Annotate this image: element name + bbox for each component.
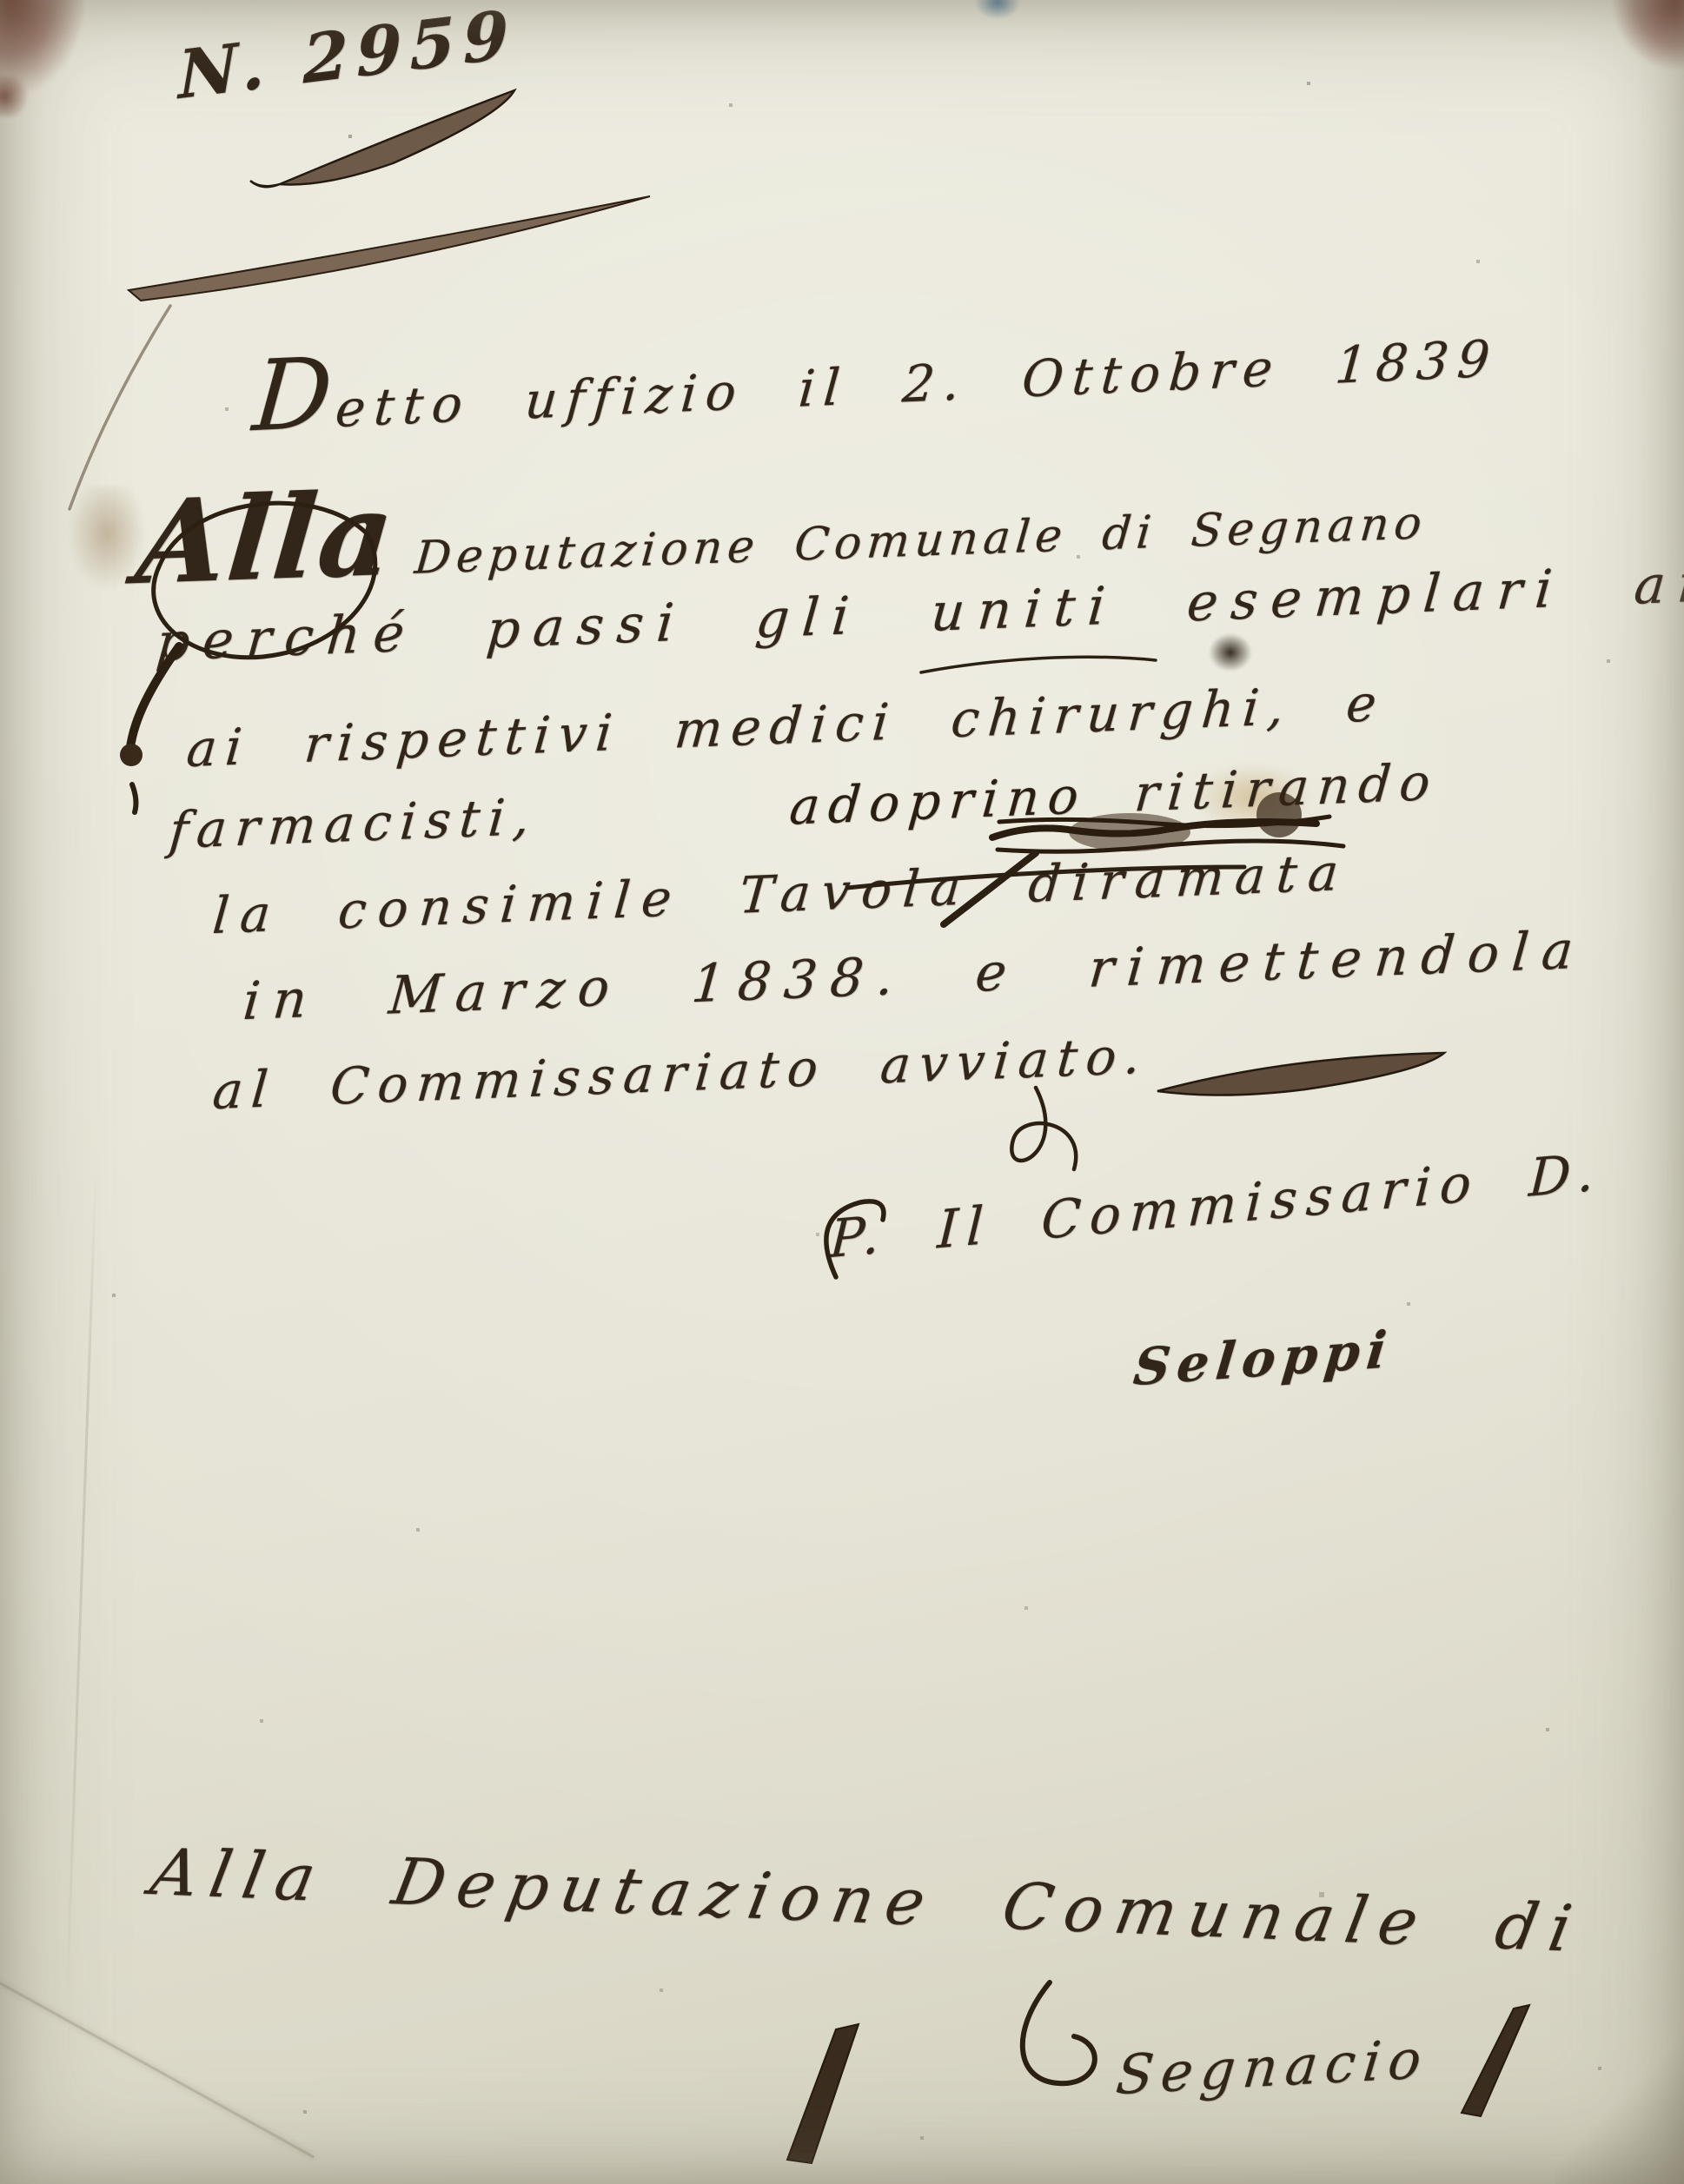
address-line: Alla Deputazione Comunale di [145,1835,1589,1967]
address-slash-left [787,2024,859,2163]
body-line-5: in Marzo 1838. e rimettendola [241,920,1588,1033]
signature-role: P. Il Commissario D. [828,1142,1604,1270]
corner-stain-top-right [1613,0,1684,69]
flourish-comunale-c [1023,1982,1095,2083]
blue-ink-mark [975,0,1020,19]
flourish-long-sweep [129,196,650,301]
flourish-under-number [250,90,514,187]
body-line-4: la consimile Tavola diramata [210,843,1352,946]
salutation-initial-word: Alla [131,467,401,611]
closing-dash [1157,1053,1444,1095]
paper-speckles [0,0,2,2]
paper-crease-left [65,1164,97,2015]
manuscript-page: N. 2959 Detto uffizio il 2. Ottobre 1839… [0,0,1684,2184]
address-slash-right [1462,2005,1529,2116]
registration-number: N. 2959 [177,0,517,114]
dateline: Detto uffizio il 2. Ottobre 1839 [249,286,1504,453]
dateline-text: etto uffizio il 2. Ottobre 1839 [334,328,1501,439]
corner-stain-top-left-small [0,76,33,116]
ink-blot [1208,632,1253,672]
flourish-1838-loop [1011,1088,1076,1169]
body-line-3-start: farmacisti, [167,787,540,861]
dateline-initial: D [249,337,336,453]
signature-name: Seloppi [1130,1320,1396,1398]
cancelled-word: adoprino [787,765,1090,836]
body-line-3-end: ritirando [1132,752,1441,824]
margin-tick [132,784,136,812]
body-line-6: al Commissariato avviato. [210,1025,1151,1121]
corner-shadow-bottom-right [1555,2038,1684,2184]
paper-crease-bottom-left [0,1962,315,2159]
corner-stain-top-left [0,0,85,96]
flourish-alla-tail-blob [120,744,143,766]
stroke-over-uniti [921,657,1156,672]
address-place: Segnacio [1113,2027,1432,2107]
